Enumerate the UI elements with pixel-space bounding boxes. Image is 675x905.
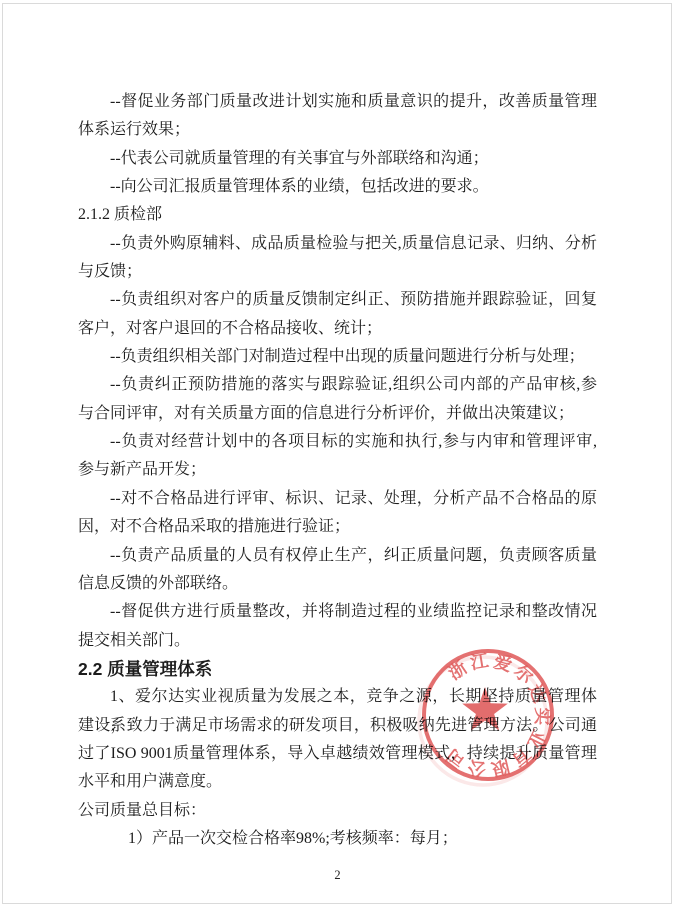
text-line: --督促供方进行质量整改，并将制造过程的业绩监控记录和整改情况 [78, 598, 597, 626]
text-line: 过了ISO 9001质量管理体系，导入卓越绩效管理模式，持续提升质量管理 [78, 740, 597, 768]
text-line: 参与新产品开发； [78, 456, 597, 484]
document-page: { "page": { "number": "2", "background":… [0, 0, 675, 905]
text-line: 因，对不合格品采取的措施进行验证； [78, 513, 597, 541]
text-line: 1）产品一次交检合格率98%;考核频率：每月； [78, 825, 597, 853]
text-line: 2.1.2 质检部 [78, 201, 597, 229]
text-line: --对不合格品进行评审、标识、记录、处理，分析产品不合格品的原 [78, 485, 597, 513]
text-line: 建设，致力于满足市场需求的研发项目，积极吸纳先进管理方法。公司通 [78, 712, 597, 740]
text-line: 提交相关部门。 [78, 627, 597, 655]
document-body: --督促业务部门质量改进计划实施和质量意识的提升，改善质量管理体系运行效果；--… [78, 88, 597, 853]
text-line: --督促业务部门质量改进计划实施和质量意识的提升，改善质量管理 [78, 88, 597, 116]
text-line: --向公司汇报质量管理体系的业绩，包括改进的要求。 [78, 173, 597, 201]
page-number: 2 [0, 868, 675, 883]
text-line: --负责组织对客户的质量反馈制定纠正、预防措施并跟踪验证，回复 [78, 286, 597, 314]
text-line: 与合同评审，对有关质量方面的信息进行分析评价，并做出决策建议； [78, 400, 597, 428]
text-line: 公司质量总目标： [78, 797, 597, 825]
text-line: 信息反馈的外部联络。 [78, 570, 597, 598]
text-line: 与反馈； [78, 258, 597, 286]
text-line: --负责产品质量的人员有权停止生产，纠正质量问题，负责顾客质量 [78, 542, 597, 570]
text-line: --负责外购原辅料、成品质量检验与把关,质量信息记录、归纳、分析 [78, 230, 597, 258]
text-line: 客户，对客户退回的不合格品接收、统计； [78, 315, 597, 343]
text-line: 水平和用户满意度。 [78, 768, 597, 796]
text-line: --代表公司就质量管理的有关事宜与外部联络和沟通； [78, 145, 597, 173]
text-line: 体系运行效果； [78, 116, 597, 144]
text-line: --负责对经营计划中的各项目标的实施和执行,参与内审和管理评审, [78, 428, 597, 456]
text-line: 1、爱尔达实业视质量为发展之本，竞争之源，长期坚持质量管理体系 [78, 683, 597, 711]
text-line: --负责组织相关部门对制造过程中出现的质量问题进行分析与处理； [78, 343, 597, 371]
text-line: --负责纠正预防措施的落实与跟踪验证,组织公司内部的产品审核,参 [78, 371, 597, 399]
section-heading: 2.2 质量管理体系 [78, 655, 597, 683]
